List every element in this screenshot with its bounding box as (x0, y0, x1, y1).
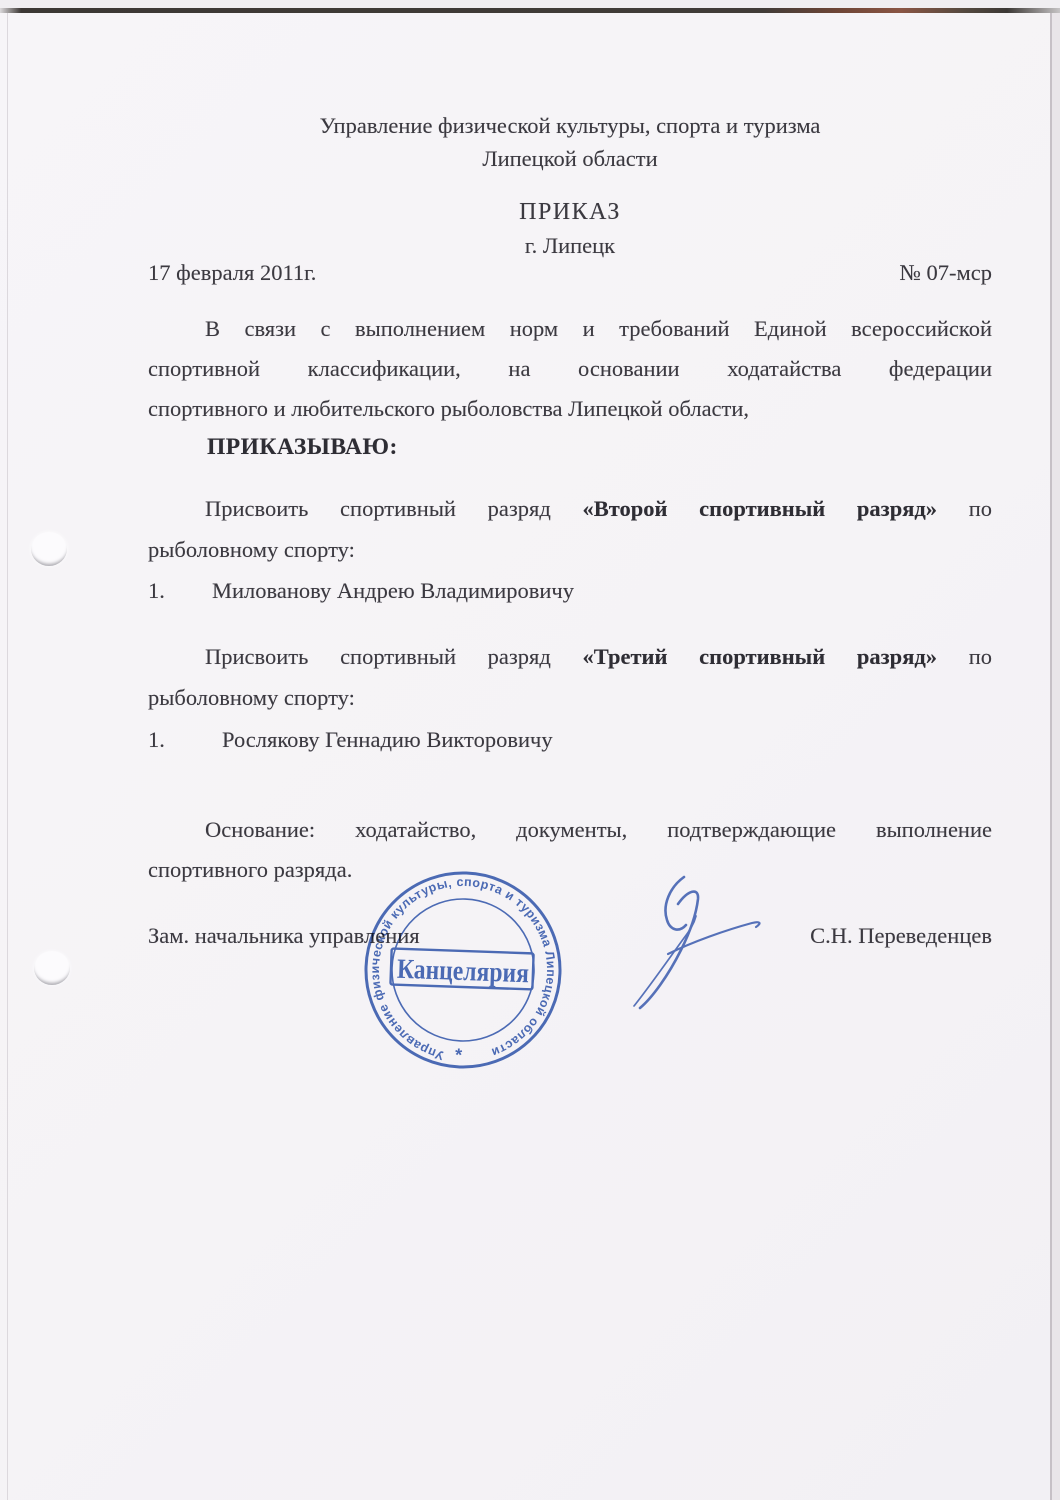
preamble-line3: спортивного и любительского рыболовства … (148, 389, 992, 429)
office-stamp: Управление физической культуры, спорта и… (360, 867, 567, 1074)
stamp-center-text: Канцелярия (396, 954, 529, 990)
award-second-line2: рыболовному спорту: (148, 530, 992, 571)
organization-name-line2: Липецкой области (148, 142, 992, 175)
signature-stroke-tail (640, 892, 698, 1008)
awardee-name: Рослякову Геннадию Викторовичу (222, 727, 553, 753)
organization-header: Управление физической культуры, спорта и… (148, 109, 992, 175)
document-date: 17 февраля 2011г. (148, 260, 316, 286)
award-third-line1: Присвоить спортивный разряд «Третий спор… (148, 637, 992, 678)
award-second-line1: Присвоить спортивный разряд «Второй спор… (148, 489, 992, 530)
award-third-prefix: Присвоить спортивный разряд (205, 644, 583, 669)
award-third-rank: «Третий спортивный разряд» (583, 644, 937, 669)
date-number-row: 17 февраля 2011г. № 07-мср (148, 260, 992, 286)
punch-hole-bottom (34, 951, 70, 985)
award-third-paragraph: Присвоить спортивный разряд «Третий спор… (148, 637, 992, 718)
signature-scribble (610, 853, 780, 1023)
signature-stroke-upsweep (634, 916, 696, 1006)
scan-right-edge-strip (1052, 13, 1060, 1500)
preamble-line1: В связи с выполнением норм и требований … (148, 309, 992, 349)
scan-left-edge-line (7, 13, 8, 1500)
stamp-star: * (455, 1045, 463, 1065)
awardee-number: 1. (148, 727, 222, 753)
preamble-line2: спортивной классификации, на основании х… (148, 349, 992, 389)
award-third-line2: рыболовному спорту: (148, 678, 992, 719)
office-stamp-graphic: Управление физической культуры, спорта и… (360, 867, 567, 1074)
award-second-prefix: Присвоить спортивный разряд (205, 496, 583, 521)
awardee-name: Милованову Андрею Владимировичу (212, 578, 574, 604)
basis-line1: Основание: ходатайство, документы, подтв… (148, 810, 992, 850)
award-second-paragraph: Присвоить спортивный разряд «Второй спор… (148, 489, 992, 570)
scan-top-edge-line (0, 8, 1060, 13)
order-keyword: ПРИКАЗЫВАЮ: (148, 434, 1051, 461)
awardee-row-second: 1. Милованову Андрею Владимировичу (148, 578, 992, 604)
signature-stroke-c (666, 877, 686, 930)
basis-line2: спортивного разряда. (148, 850, 992, 890)
award-second-rank: «Второй спортивный разряд» (583, 496, 938, 521)
document-title: ПРИКАЗ (148, 199, 992, 226)
award-second-suffix: по (937, 496, 992, 521)
award-third-suffix: по (937, 644, 992, 669)
signer-name: С.Н. Переведенцев (810, 923, 992, 949)
basis-paragraph: Основание: ходатайство, документы, подтв… (148, 810, 992, 890)
preamble-paragraph: В связи с выполнением норм и требований … (148, 309, 992, 429)
scan-right-edge-line (1050, 13, 1052, 1500)
document-number: № 07-мср (899, 260, 992, 286)
handwritten-signature (610, 853, 780, 1023)
awardee-number: 1. (148, 578, 212, 604)
scanned-document-page: Управление физической культуры, спорта и… (0, 0, 1060, 1500)
punch-hole-top (31, 532, 67, 566)
organization-name-line1: Управление физической культуры, спорта и… (148, 109, 992, 142)
document-city: г. Липецк (148, 233, 992, 259)
signature-row: Зам. начальника управления С.Н. Переведе… (148, 923, 992, 949)
awardee-row-third: 1. Рослякову Геннадию Викторовичу (148, 727, 992, 753)
scan-top-strip (0, 0, 1060, 8)
